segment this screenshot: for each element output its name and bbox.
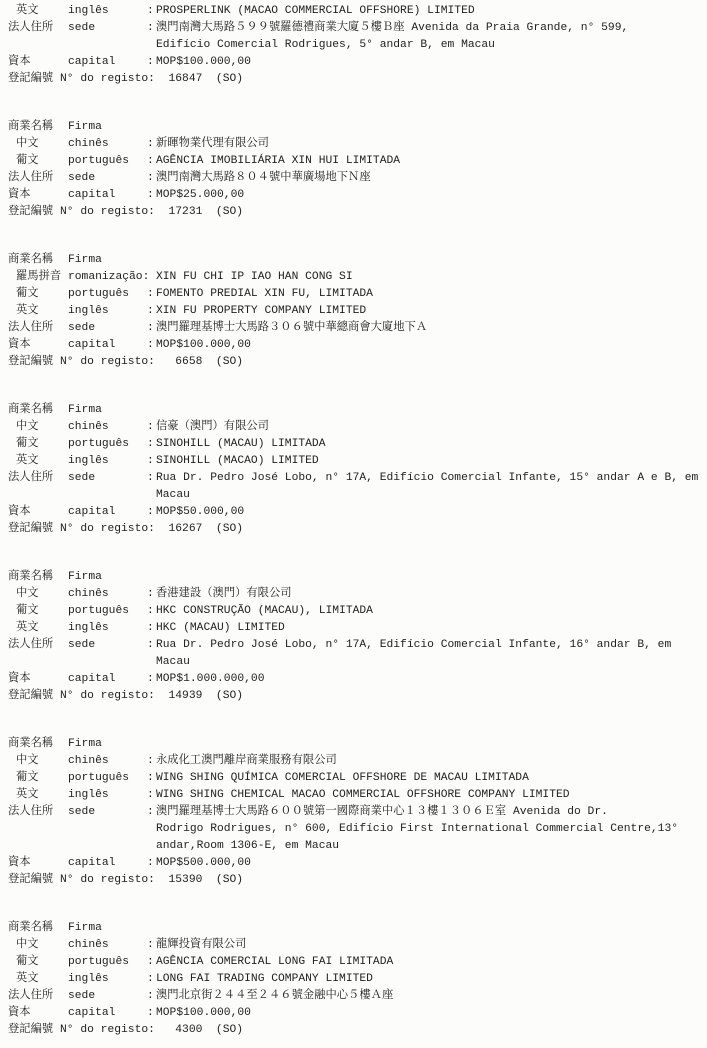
- field-separator: :: [147, 187, 156, 204]
- field-label-zh: 中文: [8, 753, 68, 770]
- field-label-pt: Firma: [68, 920, 147, 937]
- field-label-pt: capital: [68, 855, 147, 872]
- field-value: Rua Dr. Pedro José Lobo, n° 17A, Edifíci…: [156, 637, 707, 671]
- field-row: 法人住所sede:澳門羅理基博士大馬路３０６號中華總商會大廈地下Ａ: [8, 320, 707, 337]
- field-value: MOP$500.000,00: [156, 855, 707, 872]
- value-line: Edifício Comercial Rodrigues, 5° andar B…: [156, 37, 707, 54]
- field-separator: :: [147, 470, 156, 487]
- field-label-pt: capital: [68, 187, 147, 204]
- field-row: 資本capital:MOP$1.000.000,00: [8, 671, 707, 688]
- field-separator: :: [147, 954, 156, 971]
- field-label-pt: sede: [68, 170, 147, 187]
- field-value: MOP$1.000.000,00: [156, 671, 707, 688]
- value-line: PROSPERLINK (MACAO COMMERCIAL OFFSHORE) …: [156, 3, 707, 20]
- field-label-zh: 法人住所: [8, 20, 68, 37]
- field-label-zh: 法人住所: [8, 320, 68, 337]
- value-line: 16847 (SO): [155, 71, 243, 88]
- field-label-pt: inglês: [68, 3, 147, 20]
- field-row: 英文inglês:SINOHILL (MACAO) LIMITED: [8, 453, 707, 470]
- field-separator: :: [147, 787, 156, 804]
- field-label-pt: Firma: [68, 252, 147, 269]
- field-separator: :: [147, 303, 156, 320]
- value-line: XIN FU PROPERTY COMPANY LIMITED: [156, 303, 707, 320]
- field-separator: :: [147, 586, 156, 603]
- field-label-zh: 中文: [8, 419, 68, 436]
- field-label-pt: português: [68, 954, 147, 971]
- value-line: LONG FAI TRADING COMPANY LIMITED: [156, 971, 707, 988]
- value-line: 4300 (SO): [155, 1022, 243, 1039]
- field-value: FOMENTO PREDIAL XIN FU, LIMITADA: [156, 286, 707, 303]
- field-value: PROSPERLINK (MACAO COMMERCIAL OFFSHORE) …: [156, 3, 707, 20]
- field-label-pt: sede: [68, 804, 147, 821]
- field-row: 葡文português:WING SHING QUÍMICA COMERCIAL…: [8, 770, 707, 787]
- field-label-pt: capital: [68, 671, 147, 688]
- field-separator: :: [147, 937, 156, 954]
- field-label-pt: inglês: [68, 620, 147, 637]
- field-row: 登記編號N° do registo: 4300 (SO): [8, 1022, 707, 1039]
- field-value: 澳門南灣大馬路８０４號中華廣場地下Ｎ座: [156, 170, 707, 187]
- field-separator: :: [147, 1005, 156, 1022]
- field-separator: :: [147, 170, 156, 187]
- value-line: 6658 (SO): [155, 354, 243, 371]
- field-separator: :: [147, 436, 156, 453]
- field-row: 商業名稱Firma: [8, 920, 707, 937]
- field-row: 登記編號N° do registo: 16267 (SO): [8, 521, 707, 538]
- field-label-pt: N° do registo:: [60, 1022, 155, 1039]
- value-line: MOP$100.000,00: [156, 1005, 707, 1022]
- value-line: 永成化工澳門離岸商業服務有限公司: [156, 753, 707, 770]
- field-value: MOP$50.000,00: [156, 504, 707, 521]
- field-row: 商業名稱Firma: [8, 402, 707, 419]
- field-value: WING SHING QUÍMICA COMERCIAL OFFSHORE DE…: [156, 770, 707, 787]
- field-label-zh: 法人住所: [8, 470, 68, 487]
- field-label-pt: português: [68, 436, 147, 453]
- field-row: 中文chinês:信豪（澳門）有限公司: [8, 419, 707, 436]
- field-label-pt: português: [68, 770, 147, 787]
- field-separator: :: [147, 20, 156, 37]
- field-label-pt: capital: [68, 337, 147, 354]
- field-row: 登記編號N° do registo: 14939 (SO): [8, 688, 707, 705]
- field-row: 葡文português:HKC CONSTRUÇÃO (MACAU), LIMI…: [8, 603, 707, 620]
- field-row: 英文inglês:WING SHING CHEMICAL MACAO COMME…: [8, 787, 707, 804]
- field-row: 英文inglês:PROSPERLINK (MACAO COMMERCIAL O…: [8, 3, 707, 20]
- field-value: 龍輝投資有限公司: [156, 937, 707, 954]
- field-separator: :: [147, 855, 156, 872]
- field-row: 英文inglês:HKC (MACAU) LIMITED: [8, 620, 707, 637]
- field-separator: :: [147, 3, 156, 20]
- field-label-zh: 登記編號: [8, 688, 60, 705]
- field-separator: :: [147, 620, 156, 637]
- field-separator: :: [147, 153, 156, 170]
- value-line: XIN FU CHI IP IAO HAN CONG SI: [156, 269, 707, 286]
- value-line: MOP$100.000,00: [156, 54, 707, 71]
- field-label-zh: 商業名稱: [8, 252, 68, 269]
- field-label-zh: 英文: [8, 453, 68, 470]
- field-value: LONG FAI TRADING COMPANY LIMITED: [156, 971, 707, 988]
- field-row: 資本capital:MOP$100.000,00: [8, 1005, 707, 1022]
- field-label-pt: capital: [68, 54, 147, 71]
- value-line: MOP$1.000.000,00: [156, 671, 707, 688]
- value-line: 澳門羅理基博士大馬路６００號第一國際商業中心１３樓１３０６Ｅ室 Avenida …: [156, 804, 707, 821]
- field-value: 香港建設（澳門）有限公司: [156, 586, 707, 603]
- field-row: 商業名稱Firma: [8, 569, 707, 586]
- field-row: 登記編號N° do registo: 16847 (SO): [8, 71, 707, 88]
- company-entry: 商業名稱Firma中文chinês:香港建設（澳門）有限公司葡文portuguê…: [8, 569, 707, 705]
- field-label-zh: 資本: [8, 54, 68, 71]
- field-label-zh: 葡文: [8, 770, 68, 787]
- field-value: 永成化工澳門離岸商業服務有限公司: [156, 753, 707, 770]
- field-label-pt: português: [68, 286, 147, 303]
- field-label-zh: 登記編號: [8, 1022, 60, 1039]
- field-label-pt: Firma: [68, 569, 147, 586]
- value-line: HKC CONSTRUÇÃO (MACAU), LIMITADA: [156, 603, 707, 620]
- value-line: 澳門羅理基博士大馬路３０６號中華總商會大廈地下Ａ: [156, 320, 707, 337]
- field-label-pt: romanização:: [68, 269, 147, 286]
- value-line: 龍輝投資有限公司: [156, 937, 707, 954]
- field-label-zh: 葡文: [8, 603, 68, 620]
- field-row: 法人住所sede:澳門羅理基博士大馬路６００號第一國際商業中心１３樓１３０６Ｅ室…: [8, 804, 707, 855]
- field-row: 英文inglês:LONG FAI TRADING COMPANY LIMITE…: [8, 971, 707, 988]
- field-label-pt: inglês: [68, 971, 147, 988]
- field-value: MOP$100.000,00: [156, 337, 707, 354]
- field-separator: :: [147, 971, 156, 988]
- company-entry: 商業名稱Firma羅馬拼音romanização:XIN FU CHI IP I…: [8, 252, 707, 371]
- value-line: 澳門南灣大馬路５９９號羅德禮商業大廈５樓Ｂ座 Avenida da Praia …: [156, 20, 707, 37]
- field-row: 法人住所sede:Rua Dr. Pedro José Lobo, n° 17A…: [8, 470, 707, 504]
- field-row: 中文chinês:香港建設（澳門）有限公司: [8, 586, 707, 603]
- value-line: MOP$25.000,00: [156, 187, 707, 204]
- field-label-zh: 登記編號: [8, 521, 60, 538]
- field-value: MOP$100.000,00: [156, 1005, 707, 1022]
- field-value: HKC (MACAU) LIMITED: [156, 620, 707, 637]
- field-separator: :: [147, 770, 156, 787]
- field-value: 信豪（澳門）有限公司: [156, 419, 707, 436]
- field-label-pt: chinês: [68, 586, 147, 603]
- field-label-pt: inglês: [68, 787, 147, 804]
- field-row: 葡文português:AGÊNCIA IMOBILIÁRIA XIN HUI …: [8, 153, 707, 170]
- value-line: 17231 (SO): [155, 204, 243, 221]
- value-line: MOP$100.000,00: [156, 337, 707, 354]
- field-value: MOP$100.000,00: [156, 54, 707, 71]
- value-line: Rua Dr. Pedro José Lobo, n° 17A, Edifíci…: [156, 470, 707, 487]
- field-value: 16267 (SO): [155, 521, 243, 538]
- value-line: SINOHILL (MACAU) LIMITADA: [156, 436, 707, 453]
- field-label-pt: sede: [68, 988, 147, 1005]
- field-value: Rua Dr. Pedro José Lobo, n° 17A, Edifíci…: [156, 470, 707, 504]
- field-label-pt: chinês: [68, 419, 147, 436]
- field-row: 登記編號N° do registo: 15390 (SO): [8, 872, 707, 889]
- value-line: 信豪（澳門）有限公司: [156, 419, 707, 436]
- field-label-zh: 資本: [8, 855, 68, 872]
- field-separator: :: [147, 603, 156, 620]
- value-line: 香港建設（澳門）有限公司: [156, 586, 707, 603]
- value-line: AGÊNCIA IMOBILIÁRIA XIN HUI LIMITADA: [156, 153, 707, 170]
- field-row: 葡文português:SINOHILL (MACAU) LIMITADA: [8, 436, 707, 453]
- field-row: 中文chinês:新暉物業代理有限公司: [8, 136, 707, 153]
- field-separator: :: [147, 453, 156, 470]
- value-line: Rodrigo Rodrigues, n° 600, Edifício Firs…: [156, 821, 707, 838]
- field-label-zh: 英文: [8, 3, 68, 20]
- value-line: 16267 (SO): [155, 521, 243, 538]
- field-label-zh: 中文: [8, 136, 68, 153]
- field-label-zh: 葡文: [8, 436, 68, 453]
- field-label-zh: 葡文: [8, 954, 68, 971]
- field-label-zh: 葡文: [8, 153, 68, 170]
- field-label-zh: 登記編號: [8, 204, 60, 221]
- field-label-pt: N° do registo:: [60, 521, 155, 538]
- field-label-pt: Firma: [68, 402, 147, 419]
- field-label-pt: sede: [68, 320, 147, 337]
- field-separator: :: [147, 804, 156, 821]
- value-line: MOP$500.000,00: [156, 855, 707, 872]
- field-label-pt: Firma: [68, 736, 147, 753]
- field-label-zh: 葡文: [8, 286, 68, 303]
- value-line: WING SHING CHEMICAL MACAO COMMERCIAL OFF…: [156, 787, 707, 804]
- field-value: 4300 (SO): [155, 1022, 243, 1039]
- field-separator: :: [147, 671, 156, 688]
- field-value: AGÊNCIA COMERCIAL LONG FAI LIMITADA: [156, 954, 707, 971]
- field-label-pt: N° do registo:: [60, 354, 155, 371]
- field-separator: :: [147, 54, 156, 71]
- field-label-zh: 商業名稱: [8, 920, 68, 937]
- field-separator: :: [147, 337, 156, 354]
- value-line: Macau: [156, 487, 707, 504]
- field-value: 新暉物業代理有限公司: [156, 136, 707, 153]
- field-label-pt: sede: [68, 470, 147, 487]
- field-label-pt: chinês: [68, 753, 147, 770]
- field-label-zh: 法人住所: [8, 170, 68, 187]
- field-row: 法人住所sede:澳門南灣大馬路８０４號中華廣場地下Ｎ座: [8, 170, 707, 187]
- field-label-pt: N° do registo:: [60, 872, 155, 889]
- field-label-pt: sede: [68, 20, 147, 37]
- field-row: 資本capital:MOP$500.000,00: [8, 855, 707, 872]
- field-label-zh: 商業名稱: [8, 119, 68, 136]
- value-line: Macau: [156, 654, 707, 671]
- field-label-pt: chinês: [68, 937, 147, 954]
- field-label-zh: 羅馬拼音: [8, 269, 68, 286]
- field-separator: :: [147, 419, 156, 436]
- field-separator: :: [147, 504, 156, 521]
- value-line: 新暉物業代理有限公司: [156, 136, 707, 153]
- field-separator: :: [147, 136, 156, 153]
- value-line: 14939 (SO): [155, 688, 243, 705]
- registry-page: 英文inglês:PROSPERLINK (MACAO COMMERCIAL O…: [0, 0, 707, 1039]
- field-label-zh: 登記編號: [8, 71, 60, 88]
- field-label-zh: 資本: [8, 187, 68, 204]
- field-label-pt: inglês: [68, 303, 147, 320]
- field-value: HKC CONSTRUÇÃO (MACAU), LIMITADA: [156, 603, 707, 620]
- field-label-pt: português: [68, 603, 147, 620]
- field-value: XIN FU PROPERTY COMPANY LIMITED: [156, 303, 707, 320]
- field-value: 6658 (SO): [155, 354, 243, 371]
- field-label-zh: 資本: [8, 1005, 68, 1022]
- field-row: 資本capital:MOP$100.000,00: [8, 54, 707, 71]
- field-value: 澳門南灣大馬路５９９號羅德禮商業大廈５樓Ｂ座 Avenida da Praia …: [156, 20, 707, 54]
- field-label-zh: 英文: [8, 303, 68, 320]
- field-separator: :: [147, 637, 156, 654]
- field-label-zh: 商業名稱: [8, 736, 68, 753]
- field-value: 澳門羅理基博士大馬路３０６號中華總商會大廈地下Ａ: [156, 320, 707, 337]
- value-line: 澳門北京街２４４至２４６號金融中心５樓Ａ座: [156, 988, 707, 1005]
- field-row: 資本capital:MOP$50.000,00: [8, 504, 707, 521]
- field-label-zh: 資本: [8, 337, 68, 354]
- field-row: 法人住所sede:澳門南灣大馬路５９９號羅德禮商業大廈５樓Ｂ座 Avenida …: [8, 20, 707, 54]
- field-row: 法人住所sede:Rua Dr. Pedro José Lobo, n° 17A…: [8, 637, 707, 671]
- field-label-pt: N° do registo:: [60, 71, 155, 88]
- field-value: 17231 (SO): [155, 204, 243, 221]
- field-label-zh: 法人住所: [8, 804, 68, 821]
- field-row: 商業名稱Firma: [8, 252, 707, 269]
- value-line: HKC (MACAU) LIMITED: [156, 620, 707, 637]
- field-value: 14939 (SO): [155, 688, 243, 705]
- company-entry: 商業名稱Firma中文chinês:信豪（澳門）有限公司葡文português:…: [8, 402, 707, 538]
- field-separator: :: [147, 753, 156, 770]
- field-value: 澳門北京街２４４至２４６號金融中心５樓Ａ座: [156, 988, 707, 1005]
- field-label-zh: 英文: [8, 971, 68, 988]
- field-value: 澳門羅理基博士大馬路６００號第一國際商業中心１３樓１３０６Ｅ室 Avenida …: [156, 804, 707, 855]
- field-row: 登記編號N° do registo: 17231 (SO): [8, 204, 707, 221]
- field-row: 登記編號N° do registo: 6658 (SO): [8, 354, 707, 371]
- company-entry: 商業名稱Firma中文chinês:永成化工澳門離岸商業服務有限公司葡文port…: [8, 736, 707, 889]
- field-label-zh: 登記編號: [8, 354, 60, 371]
- field-row: 資本capital:MOP$25.000,00: [8, 187, 707, 204]
- field-label-pt: Firma: [68, 119, 147, 136]
- field-label-zh: 中文: [8, 937, 68, 954]
- field-label-zh: 法人住所: [8, 637, 68, 654]
- field-label-zh: 資本: [8, 504, 68, 521]
- field-separator: :: [147, 320, 156, 337]
- field-label-pt: capital: [68, 1005, 147, 1022]
- value-line: FOMENTO PREDIAL XIN FU, LIMITADA: [156, 286, 707, 303]
- field-label-zh: 商業名稱: [8, 402, 68, 419]
- field-row: 羅馬拼音romanização:XIN FU CHI IP IAO HAN CO…: [8, 269, 707, 286]
- field-label-zh: 英文: [8, 787, 68, 804]
- field-label-pt: sede: [68, 637, 147, 654]
- field-row: 葡文português:AGÊNCIA COMERCIAL LONG FAI L…: [8, 954, 707, 971]
- field-value: 15390 (SO): [155, 872, 243, 889]
- field-row: 英文inglês:XIN FU PROPERTY COMPANY LIMITED: [8, 303, 707, 320]
- field-row: 商業名稱Firma: [8, 736, 707, 753]
- field-value: WING SHING CHEMICAL MACAO COMMERCIAL OFF…: [156, 787, 707, 804]
- field-label-pt: inglês: [68, 453, 147, 470]
- field-label-pt: chinês: [68, 136, 147, 153]
- value-line: WING SHING QUÍMICA COMERCIAL OFFSHORE DE…: [156, 770, 707, 787]
- field-label-zh: 資本: [8, 671, 68, 688]
- field-value: XIN FU CHI IP IAO HAN CONG SI: [156, 269, 707, 286]
- field-value: SINOHILL (MACAO) LIMITED: [156, 453, 707, 470]
- field-label-zh: 中文: [8, 586, 68, 603]
- company-entry: 商業名稱Firma中文chinês:龍輝投資有限公司葡文português:AG…: [8, 920, 707, 1039]
- field-separator: :: [147, 286, 156, 303]
- value-line: 15390 (SO): [155, 872, 243, 889]
- field-label-pt: capital: [68, 504, 147, 521]
- field-label-pt: português: [68, 153, 147, 170]
- field-row: 中文chinês:龍輝投資有限公司: [8, 937, 707, 954]
- value-line: 澳門南灣大馬路８０４號中華廣場地下Ｎ座: [156, 170, 707, 187]
- field-label-zh: 英文: [8, 620, 68, 637]
- field-label-zh: 法人住所: [8, 988, 68, 1005]
- field-value: AGÊNCIA IMOBILIÁRIA XIN HUI LIMITADA: [156, 153, 707, 170]
- value-line: SINOHILL (MACAO) LIMITED: [156, 453, 707, 470]
- value-line: Rua Dr. Pedro José Lobo, n° 17A, Edifíci…: [156, 637, 707, 654]
- value-line: andar,Room 1306-E, em Macau: [156, 838, 707, 855]
- field-row: 葡文português:FOMENTO PREDIAL XIN FU, LIMI…: [8, 286, 707, 303]
- field-label-pt: N° do registo:: [60, 688, 155, 705]
- company-entry: 商業名稱Firma中文chinês:新暉物業代理有限公司葡文português:…: [8, 119, 707, 221]
- field-row: 商業名稱Firma: [8, 119, 707, 136]
- company-entry: 英文inglês:PROSPERLINK (MACAO COMMERCIAL O…: [8, 3, 707, 88]
- field-row: 法人住所sede:澳門北京街２４４至２４６號金融中心５樓Ａ座: [8, 988, 707, 1005]
- field-label-zh: 登記編號: [8, 872, 60, 889]
- field-value: MOP$25.000,00: [156, 187, 707, 204]
- value-line: AGÊNCIA COMERCIAL LONG FAI LIMITADA: [156, 954, 707, 971]
- field-label-zh: 商業名稱: [8, 569, 68, 586]
- field-row: 資本capital:MOP$100.000,00: [8, 337, 707, 354]
- field-label-pt: N° do registo:: [60, 204, 155, 221]
- field-row: 中文chinês:永成化工澳門離岸商業服務有限公司: [8, 753, 707, 770]
- value-line: MOP$50.000,00: [156, 504, 707, 521]
- field-value: 16847 (SO): [155, 71, 243, 88]
- field-separator: :: [147, 988, 156, 1005]
- field-value: SINOHILL (MACAU) LIMITADA: [156, 436, 707, 453]
